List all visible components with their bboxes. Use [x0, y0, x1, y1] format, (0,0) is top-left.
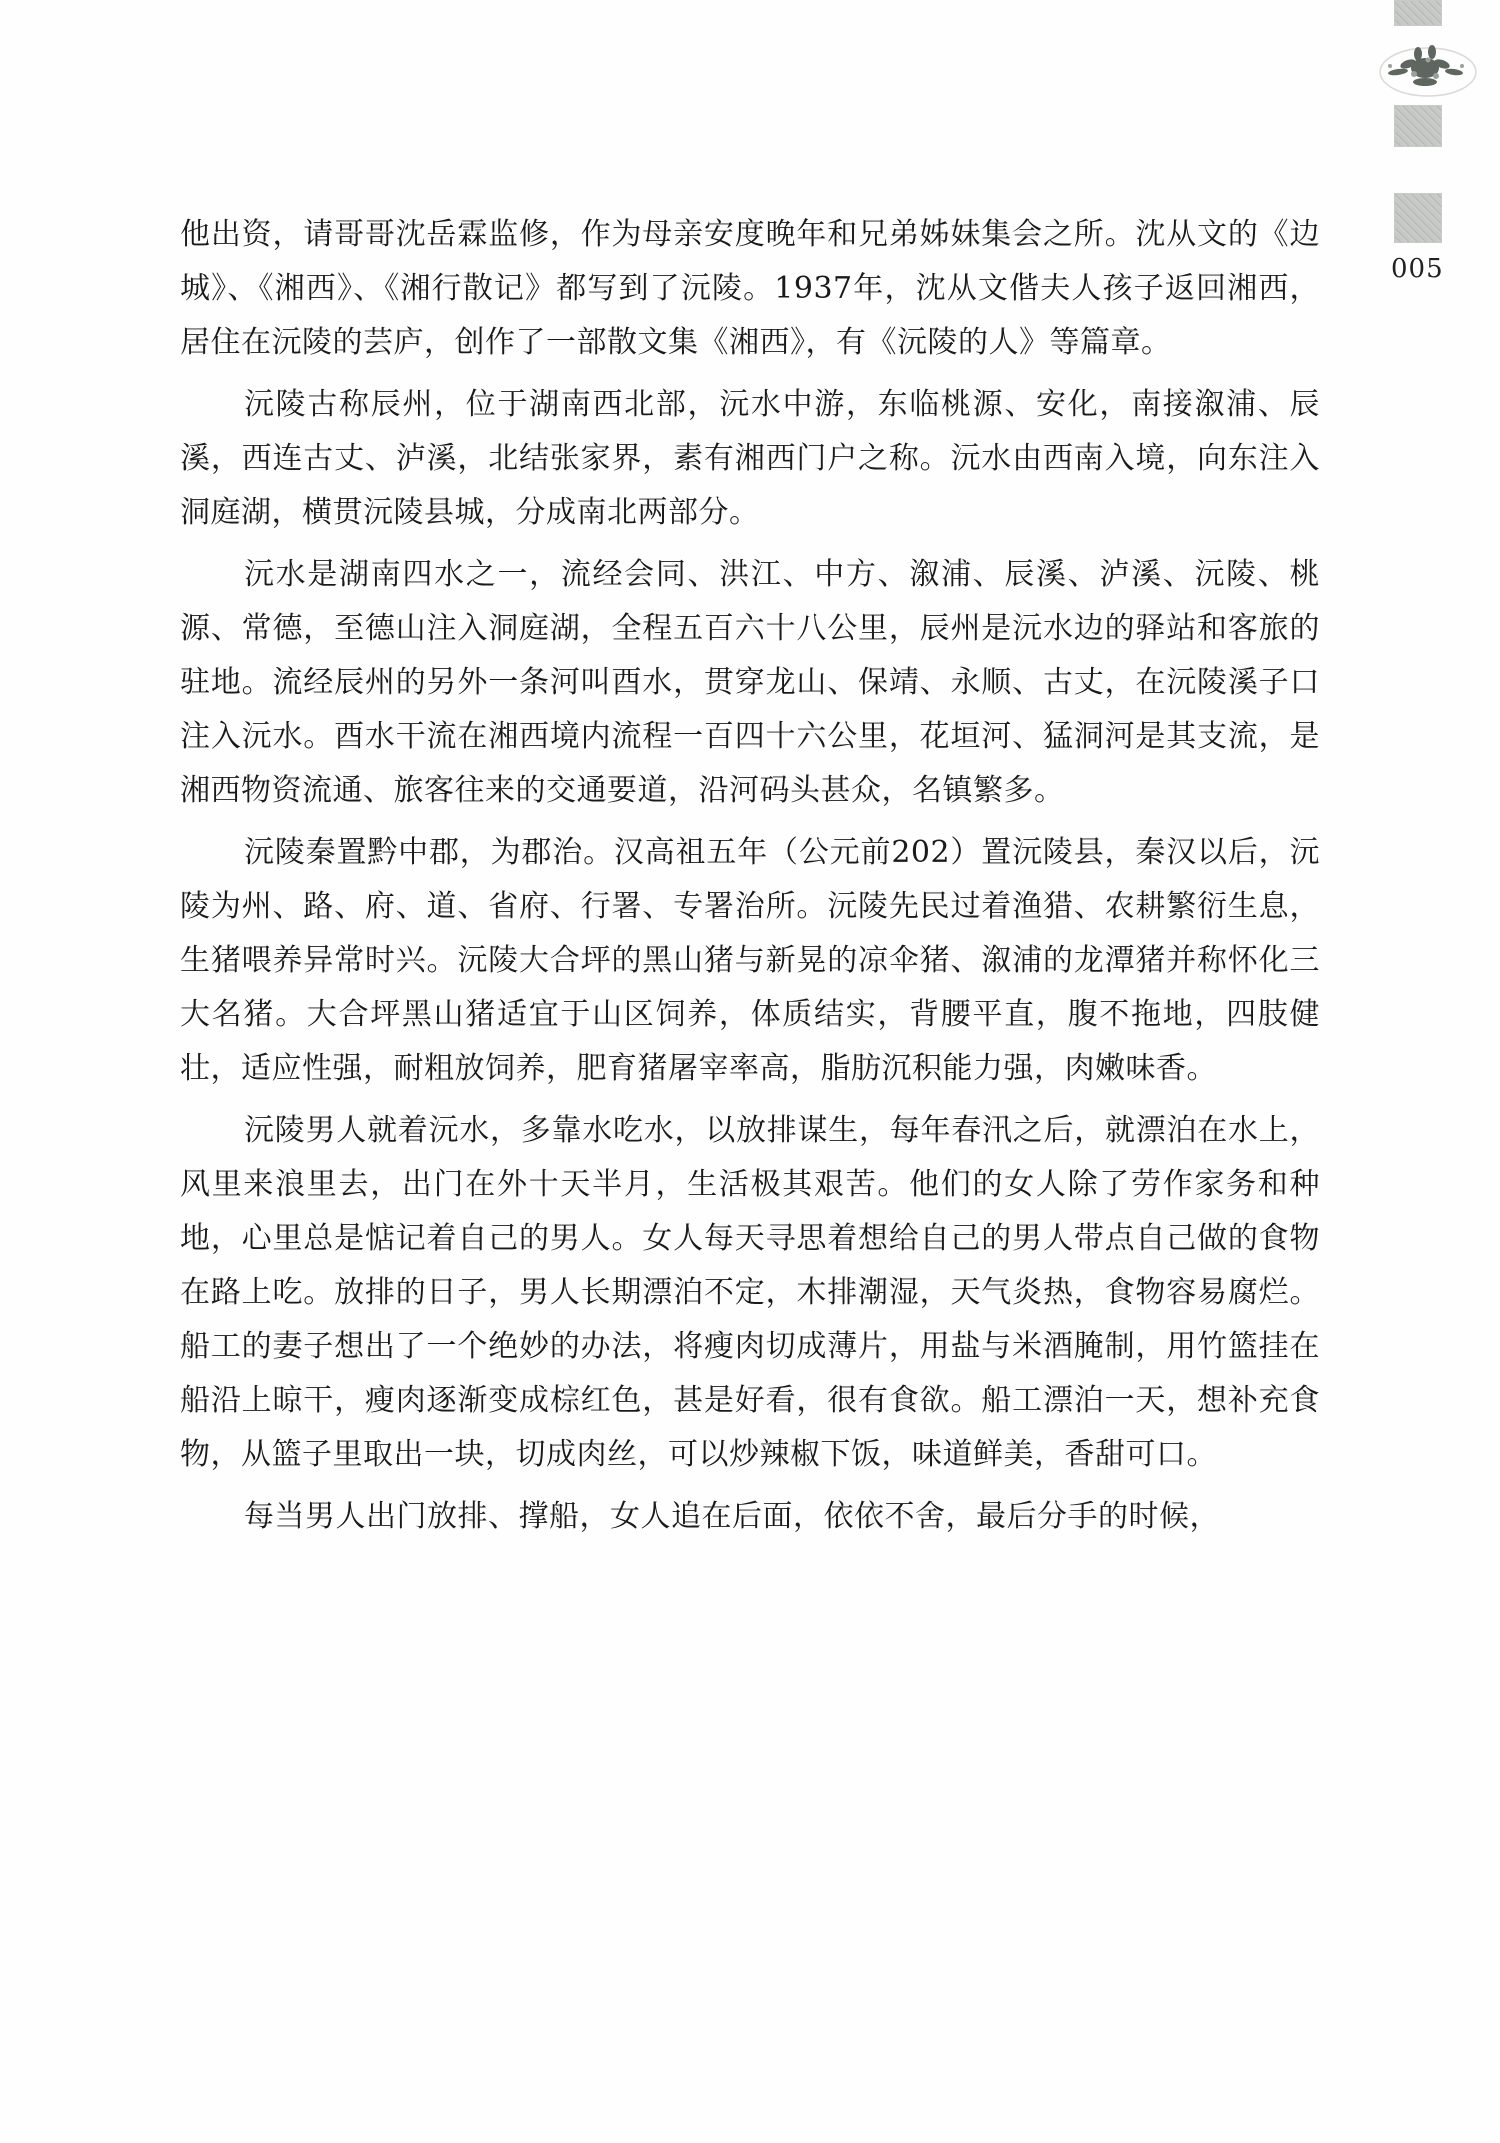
pattern-square-icon	[1394, 193, 1442, 243]
book-page: 005 他出资，请哥哥沈岳霖监修，作为母亲安度晚年和兄弟姊妹集会之所。沈从文的《…	[0, 0, 1500, 2143]
pattern-square-icon	[1394, 105, 1442, 147]
page-number: 005	[1391, 254, 1444, 284]
body-text: 他出资，请哥哥沈岳霖监修，作为母亲安度晚年和兄弟姊妹集会之所。沈从文的《边城》、…	[180, 208, 1320, 1552]
paragraph: 他出资，请哥哥沈岳霖监修，作为母亲安度晚年和兄弟姊妹集会之所。沈从文的《边城》、…	[180, 208, 1320, 370]
paragraph: 沅陵秦置黔中郡，为郡治。汉高祖五年（公元前202）置沅陵县，秦汉以后，沅陵为州、…	[180, 826, 1320, 1096]
flower-ornament-icon	[1370, 30, 1480, 100]
pattern-square-icon	[1394, 0, 1442, 26]
paragraph: 每当男人出门放排、撑船，女人追在后面，依依不舍，最后分手的时候，	[180, 1490, 1320, 1544]
paragraph: 沅陵男人就着沅水，多靠水吃水，以放排谋生，每年春汛之后，就漂泊在水上，风里来浪里…	[180, 1104, 1320, 1482]
paragraph: 沅陵古称辰州，位于湖南西北部，沅水中游，东临桃源、安化，南接溆浦、辰溪，西连古丈…	[180, 378, 1320, 540]
paragraph: 沅水是湖南四水之一，流经会同、洪江、中方、溆浦、辰溪、泸溪、沅陵、桃源、常德，至…	[180, 548, 1320, 818]
